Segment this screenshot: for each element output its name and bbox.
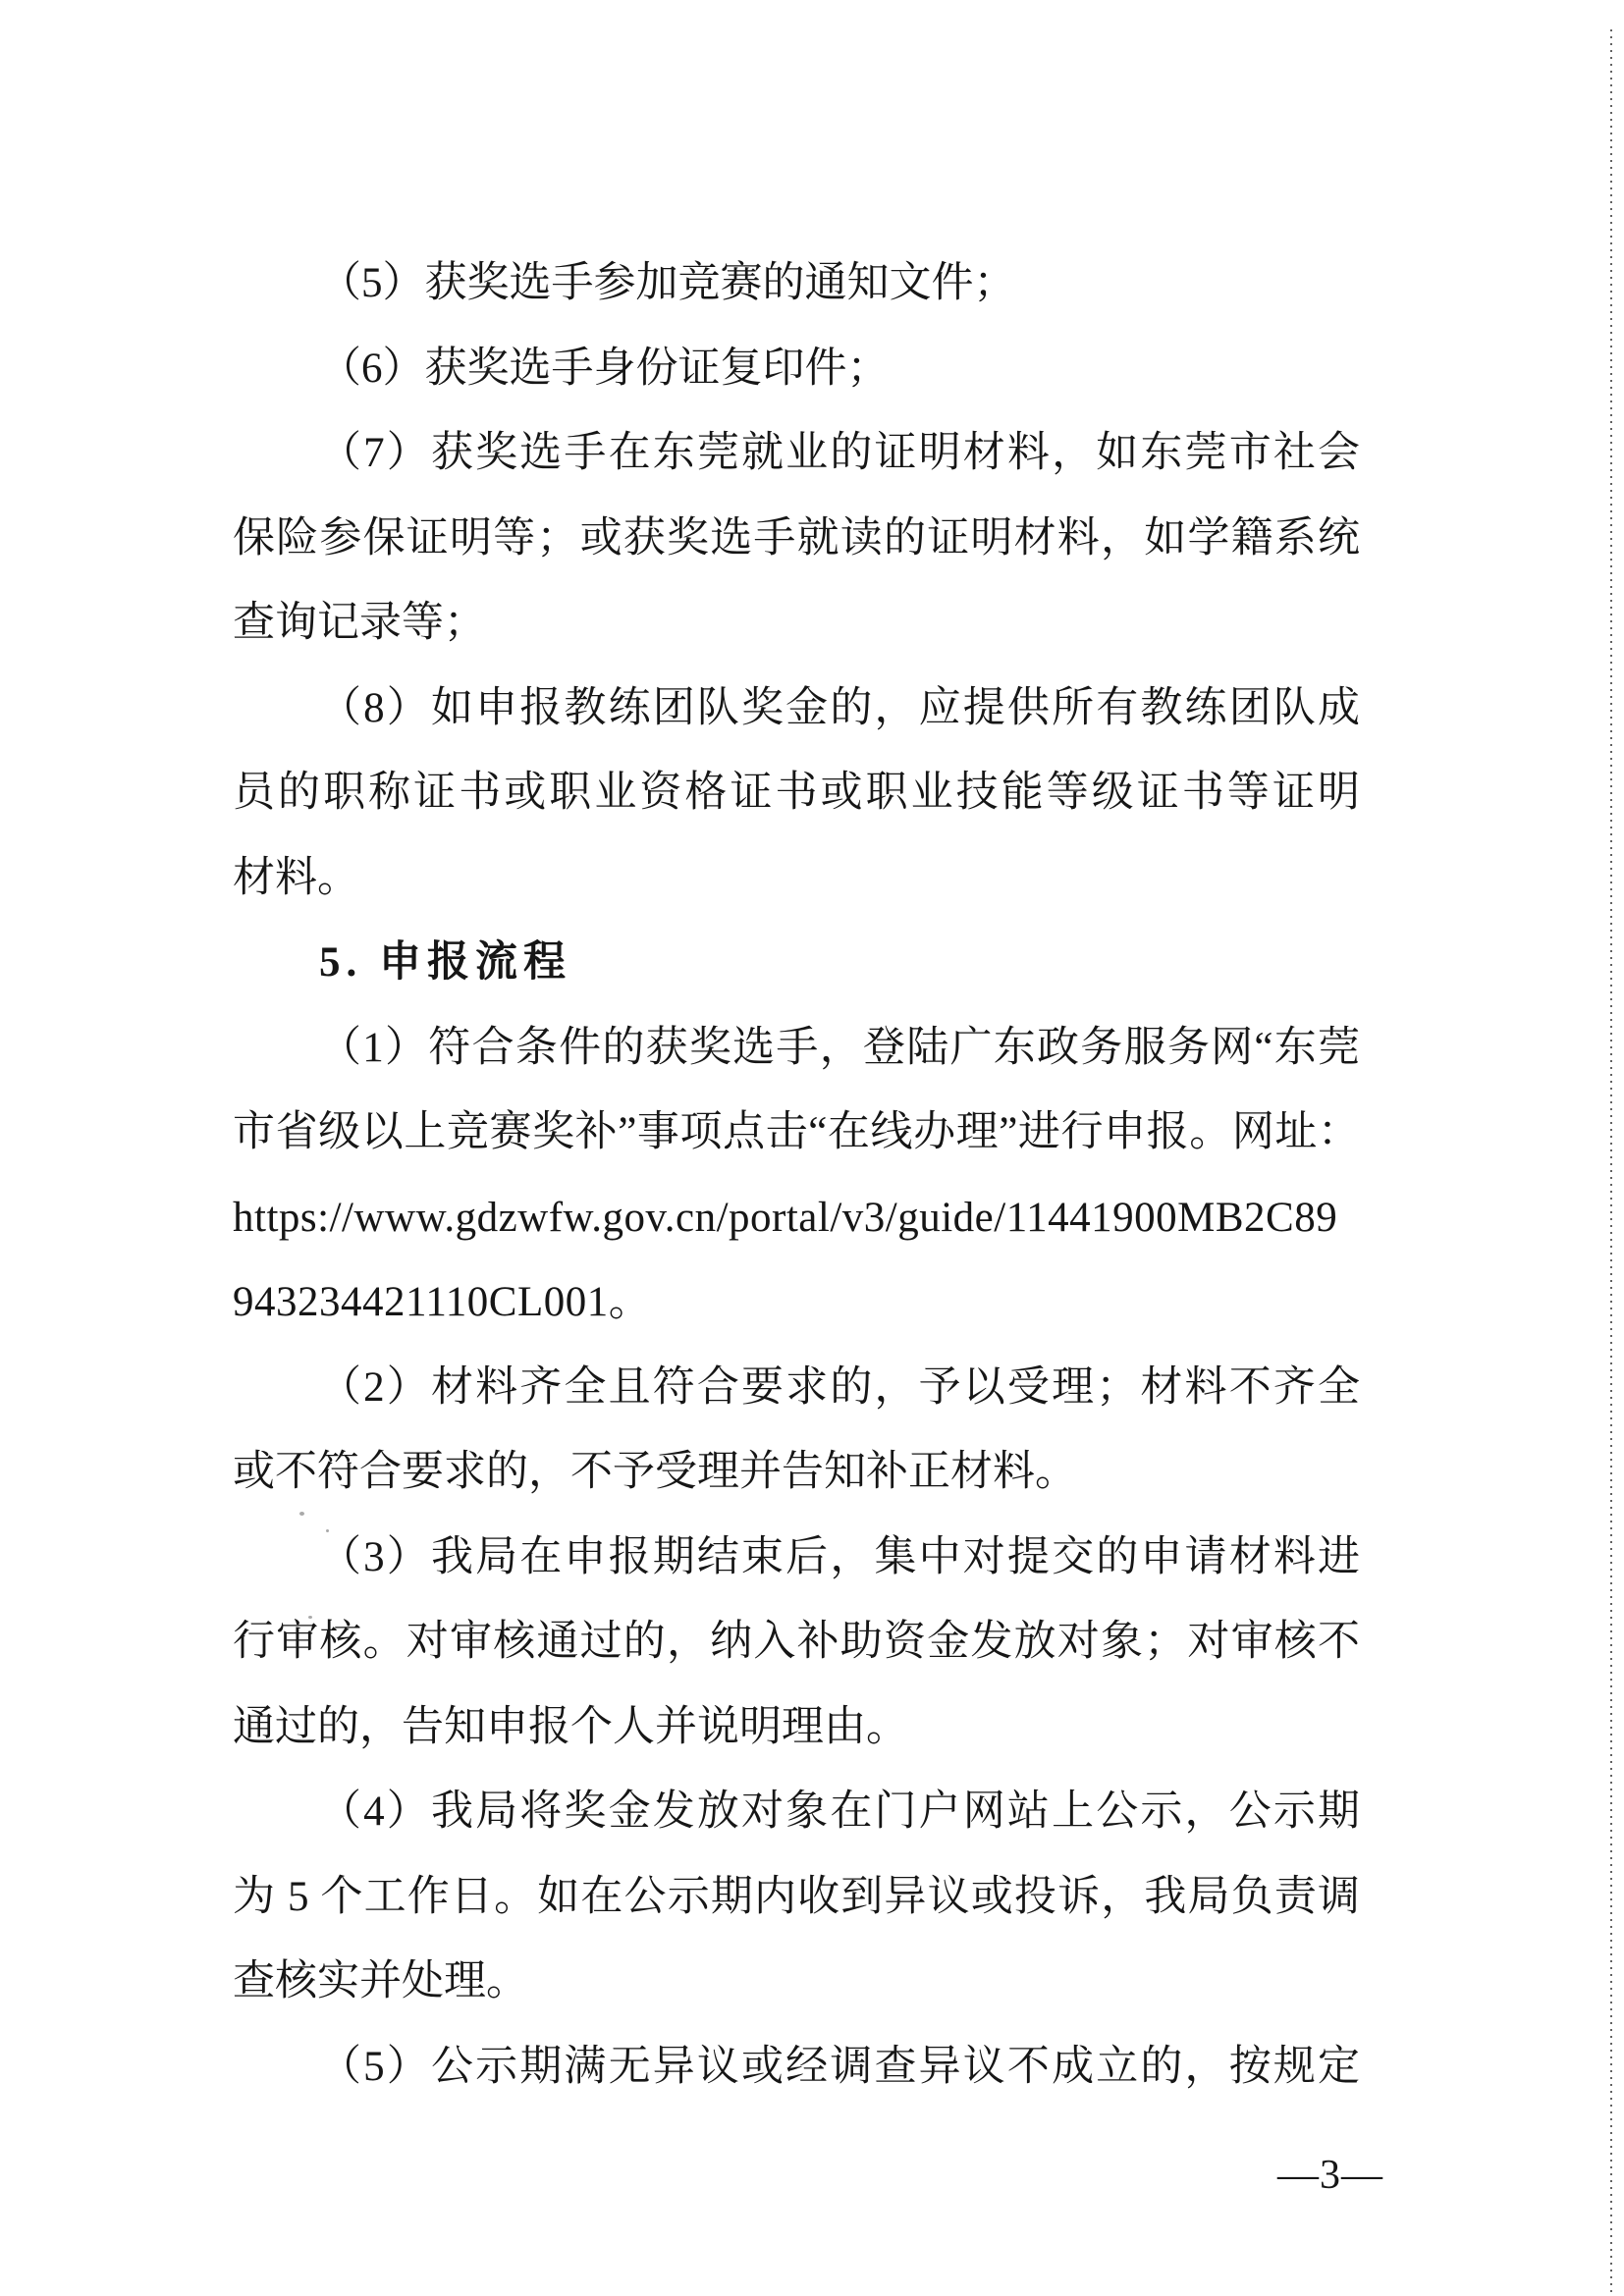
paragraph-line: 行审核。对审核通过的，纳入补助资金发放对象；对审核不 <box>233 1600 1360 1685</box>
url-line: https://www.gdzwfw.gov.cn/portal/v3/guid… <box>233 1176 1360 1261</box>
paragraph-line: 查询记录等； <box>233 581 1360 667</box>
paragraph-line: 或不符合要求的，不予受理并告知补正材料。 <box>233 1430 1360 1516</box>
page-number: —3— <box>1247 2152 1414 2199</box>
paragraph-line: 为 5 个工作日。如在公示期内收到异议或投诉，我局负责调 <box>233 1855 1360 1941</box>
paragraph-line: （6）获奖选手身份证复印件； <box>233 327 1360 412</box>
section-heading: 5. 申报流程 <box>233 921 1360 1006</box>
paragraph-line: （5）公示期满无异议或经调查异议不成立的，按规定 <box>233 2025 1360 2110</box>
paragraph-line: （7）获奖选手在东莞就业的证明材料，如东莞市社会 <box>233 411 1360 497</box>
scan-speck <box>308 1616 312 1619</box>
paragraph-line: （1）符合条件的获奖选手，登陆广东政务服务网“东莞 <box>233 1006 1360 1092</box>
scan-speck <box>326 1529 329 1532</box>
paragraph-line: 查核实并处理。 <box>233 1940 1360 2025</box>
paragraph-line: 员的职称证书或职业资格证书或职业技能等级证书等证明 <box>233 751 1360 836</box>
paragraph-line: （8）如申报教练团队奖金的，应提供所有教练团队成 <box>233 667 1360 752</box>
paragraph-line: （2）材料齐全且符合要求的，予以受理；材料不齐全 <box>233 1346 1360 1431</box>
paragraph-line: 材料。 <box>233 836 1360 922</box>
document-body: （5）获奖选手参加竞赛的通知文件； （6）获奖选手身份证复印件； （7）获奖选手… <box>233 241 1360 2109</box>
scan-edge-dotted-line <box>1610 29 1612 2296</box>
paragraph-line: （3）我局在申报期结束后，集中对提交的申请材料进 <box>233 1516 1360 1601</box>
paragraph-line: 市省级以上竞赛奖补”事项点击“在线办理”进行申报。网址： <box>233 1091 1360 1176</box>
url-line: 943234421110CL001。 <box>233 1260 1360 1346</box>
paragraph-line: （4）我局将奖金发放对象在门户网站上公示，公示期 <box>233 1770 1360 1855</box>
paragraph-line: 通过的，告知申报个人并说明理由。 <box>233 1685 1360 1771</box>
document-page: （5）获奖选手参加竞赛的通知文件； （6）获奖选手身份证复印件； （7）获奖选手… <box>0 0 1624 2296</box>
scan-speck <box>299 1512 304 1516</box>
paragraph-line: （5）获奖选手参加竞赛的通知文件； <box>233 241 1360 327</box>
paragraph-line: 保险参保证明等；或获奖选手就读的证明材料，如学籍系统 <box>233 497 1360 582</box>
